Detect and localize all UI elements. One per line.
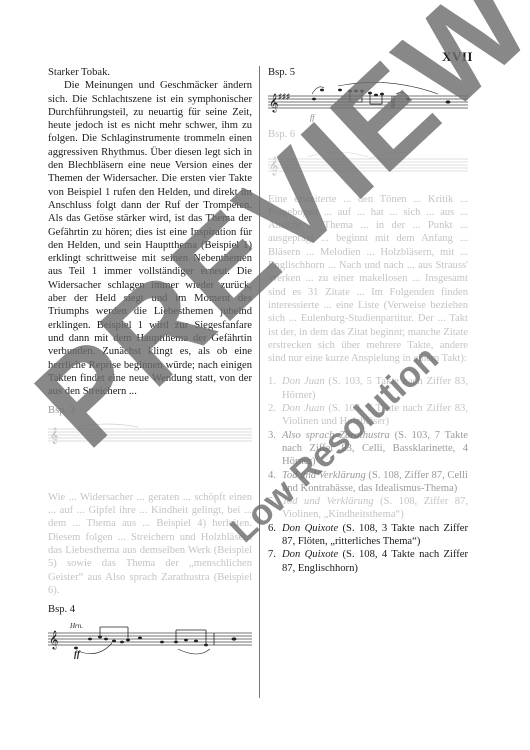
svg-text:♯♯♯: ♯♯♯ [278,92,290,101]
svg-text:𝄞: 𝄞 [269,157,278,176]
paragraph-battle-scene-text: Die Meinungen und Geschmäcker ändern sic… [48,80,252,397]
page-number: XVII [442,49,473,65]
svg-text:𝄞: 𝄞 [49,631,58,650]
music-staff-icon: 𝄞 Hrn. ff [48,619,252,659]
left-column: Starker Tobak. Die Meinungen und Geschmä… [48,66,252,663]
example-4-staff: 𝄞 Hrn. ff [48,619,252,659]
svg-text:ff: ff [310,113,316,122]
example-5-staff: 𝄞 ♯♯♯ ff [268,82,468,122]
work-title: Don Juan [282,376,325,387]
paragraph-self-quotations: Eine erweiterte ... den Tönen ... Kritik… [268,193,468,366]
paragraph-quotations: Wie ... Widersacher ... geraten ... schö… [48,491,252,597]
svg-text:𝄞: 𝄞 [50,428,58,444]
reference-item: 3.Also sprach Zarathustra (S. 103, 7 Tak… [268,429,468,469]
column-divider [259,66,260,698]
music-staff-icon: 𝄞 [268,145,468,185]
example-6-staff: 𝄞 [268,145,468,185]
work-title: Don Quixote [282,549,338,560]
reference-item: 5.Tod und Verklärung (S. 108, Ziffer 87,… [268,495,468,522]
quotation-reference-list: 1.Don Juan (S. 103, 5 Takte nach Ziffer … [268,375,468,574]
music-staff-icon: 𝄞 [48,421,252,451]
paragraph-battle-scene: Die Meinungen und Geschmäcker ändern sic… [48,79,252,398]
example-4-label: Bsp. 4 [48,603,252,616]
reference-item: 4.Tod und Verklärung (S. 108, Ziffer 87,… [268,469,468,496]
work-title: Tod und Verklärung [282,470,366,481]
work-title: Also sprach Zarathustra [282,430,390,441]
work-title: Don Juan [282,403,325,414]
right-column: Bsp. 5 𝄞 ♯♯♯ ff [268,66,468,575]
example-3-label: Bsp. 3 [48,404,252,417]
example-5-label: Bsp. 5 [268,66,468,79]
reference-item: 7.Don Quixote (S. 108, 4 Takte nach Ziff… [268,548,468,575]
work-title: Don Quixote [282,523,338,534]
reference-item: 1.Don Juan (S. 103, 5 Takte nach Ziffer … [268,375,468,402]
intro-text: Starker Tobak. [48,66,252,79]
example-6-label: Bsp. 6 [268,128,468,141]
paragraph-self-quotations-text: Eine erweiterte ... den Tönen ... Kritik… [268,194,468,365]
paragraph-quotations-text: Wie ... Widersacher ... geraten ... schö… [48,492,252,596]
reference-item: 6.Don Quixote (S. 108, 3 Takte nach Ziff… [268,522,468,549]
work-title: Tod und Verklärung [282,496,374,507]
instrument-label: Hrn. [69,622,83,630]
music-staff-icon: 𝄞 ♯♯♯ ff [268,82,468,122]
reference-item: 2.Don Juan (S. 103, 7 Takte nach Ziffer … [268,402,468,429]
svg-text:ff: ff [74,649,81,659]
example-3-staff: 𝄞 [48,421,252,453]
